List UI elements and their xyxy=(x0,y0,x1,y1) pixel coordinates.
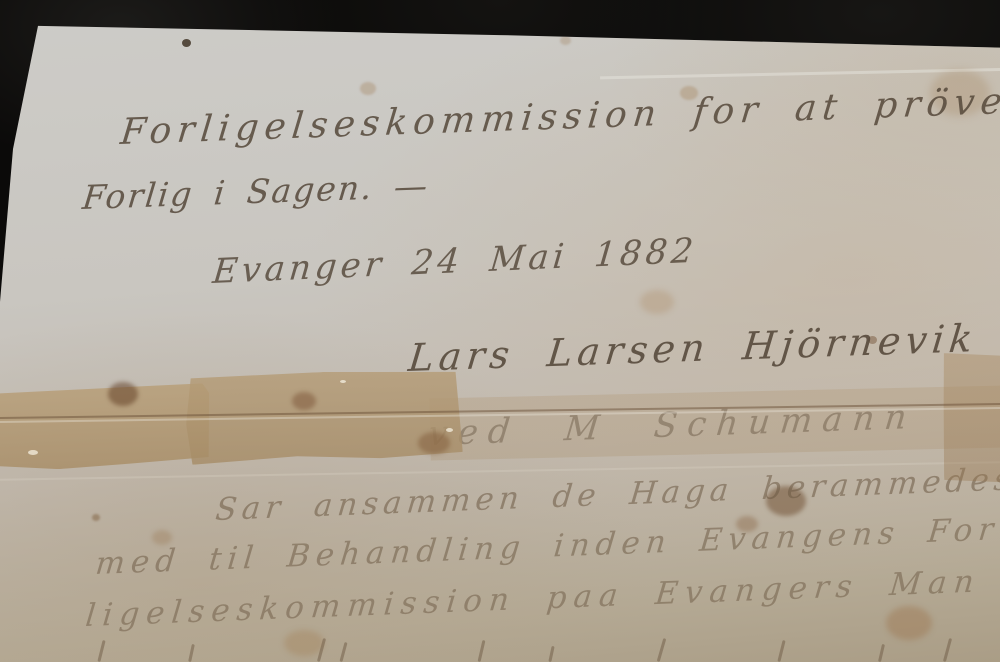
heading-line-2: Forlig i Sagen. — xyxy=(82,166,430,217)
fold-crease-middle-light xyxy=(0,407,1000,423)
stain xyxy=(736,516,758,532)
body-line-2-text: med til Behandling inden Evangens For xyxy=(94,511,1000,582)
tape-strip-left xyxy=(0,383,211,471)
signature-line: Lars Larsen Hjörnevik xyxy=(408,316,978,380)
body-line-2: med til Behandling inden Evangens For xyxy=(95,511,1000,582)
stain xyxy=(766,486,806,516)
stain xyxy=(360,82,376,95)
heading-line-1: Forligelseskommission for at pröve xyxy=(120,81,1000,153)
tape-stain xyxy=(418,432,450,454)
stain xyxy=(560,36,571,45)
date-line-text: Evanger 24 Mai 1882 xyxy=(211,231,699,292)
signature-line-text: Lars Larsen Hjörnevik xyxy=(406,316,979,380)
photo-of-handwritten-letter: Forligelseskommission for at pröve Forli… xyxy=(0,0,1000,662)
body-line-1: Sar ansammen de Haga berammedes fr xyxy=(215,459,1000,528)
fold-crease-top xyxy=(600,68,1000,80)
tape-stain xyxy=(108,382,138,406)
tape-glint xyxy=(446,428,453,432)
stain xyxy=(92,514,100,521)
stain xyxy=(930,70,990,116)
fold-crease-lower xyxy=(0,461,1000,480)
body-line-3: ligelseskommission paa Evangers Man xyxy=(85,564,981,634)
body-line-3-text: ligelseskommission paa Evangers Man xyxy=(84,564,983,635)
date-line: Evanger 24 Mai 1882 xyxy=(212,231,698,292)
heading-line-1-text: Forligelseskommission for at pröve xyxy=(119,81,1000,153)
countersignature-line-text: ved M Schumann xyxy=(427,397,919,454)
fold-crease-middle-dark xyxy=(0,403,1000,419)
cutoff-text-strokes xyxy=(80,634,980,662)
stain xyxy=(152,530,172,545)
stain xyxy=(680,86,698,100)
stain xyxy=(886,606,932,640)
tape-patch-right xyxy=(940,351,1000,485)
stain xyxy=(182,39,191,47)
heading-line-2-text: Forlig i Sagen. — xyxy=(81,166,432,217)
tape-residue-band xyxy=(429,385,1000,460)
stain xyxy=(868,336,877,344)
stain xyxy=(640,290,674,314)
tape-strip-middle xyxy=(185,369,463,465)
body-line-1-text: Sar ansammen de Haga berammedes fr xyxy=(214,459,1000,528)
paper-sheet: Forligelseskommission for at pröve Forli… xyxy=(0,0,1000,662)
tape-glint xyxy=(340,380,346,383)
stain xyxy=(284,630,324,656)
tape-stain xyxy=(292,392,316,410)
tape-glint xyxy=(28,450,38,455)
countersignature-line: ved M Schumann xyxy=(428,397,917,454)
